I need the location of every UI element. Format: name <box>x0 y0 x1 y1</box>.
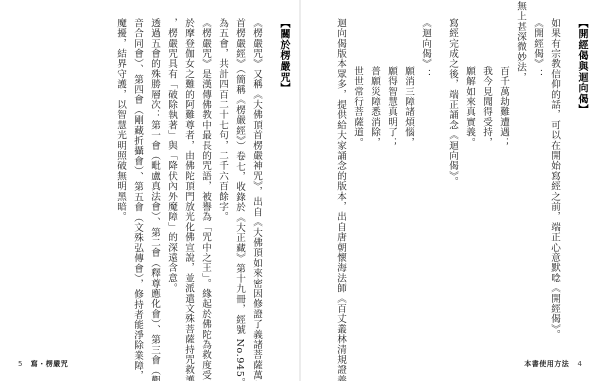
section-heading-verses: 【開經偈與迴向偈】 <box>573 18 590 348</box>
body-column-7: 透過五會的殊勝層次：第一會（毗盧真法會）、第二會（釋尊應化會）、第三會（觀 <box>146 18 163 348</box>
after-writing-paragraph: 寫經完成之後，端正誦念《迴向偈》。 <box>444 18 461 348</box>
dedication-verse-line-1: 願消三障諸煩惱， <box>400 18 417 348</box>
page-number-left: 5 <box>18 360 22 368</box>
version-note-paragraph: 迴向偈版本眾多，提供給大家誦念的版本，出自唐朝懷海法師《百丈叢林清規證義記》。 <box>332 18 349 348</box>
opening-verse-line-4: 願解如來真實義。 <box>461 18 478 348</box>
body-column-5: 於摩登伽女之難的阿難尊者，由佛陀頂門放光化佛宣說，並派遣文殊菩薩持咒救護。因此 <box>180 18 197 348</box>
dedication-verse-label: 《迴向偈》： <box>417 18 434 348</box>
body-column-1: 《楞嚴咒》又稱《大佛頂首楞嚴神咒》，出自《大佛頂如來密因修證了義諸菩薩萬行 <box>248 18 265 348</box>
book-gutter <box>299 0 301 381</box>
body-column-6: ，楞嚴咒具有「破除執著」與「降伏內外魔障」的深遠含意。 <box>163 18 180 348</box>
body-column-2: 首楞嚴經》（簡稱《楞嚴經》）卷七，收錄於《大正藏》第十九冊，經號 No.945。… <box>231 18 248 348</box>
body-column-4: 《楞嚴咒》是漢傳佛教中最長的咒語，被譽為「咒中之王」。緣起於佛陀為救度受困 <box>197 18 214 348</box>
opening-verse-label: 《開經偈》： <box>529 18 546 348</box>
dedication-verse-line-4: 世世常行菩薩道。 <box>349 18 366 348</box>
body-column-3: 為五會，共計四百二十七句，二千六百餘字。 <box>214 18 231 348</box>
right-page-text: 【開經偈與迴向偈】 如果有宗教信仰的話，可以在開始寫經之前，端正心意默唸《開經偈… <box>322 18 590 348</box>
opening-verse-line-1: 無上甚深微妙法， <box>512 1 529 348</box>
running-title-right: 本書使用方法 <box>524 360 569 368</box>
right-page: 【開經偈與迴向偈】 如果有宗教信仰的話，可以在開始寫經之前，端正心意默唸《開經偈… <box>318 18 590 348</box>
book-spread: 【開經偈與迴向偈】 如果有宗教信仰的話，可以在開始寫經之前，端正心意默唸《開經偈… <box>0 0 600 381</box>
opening-verse-line-3: 我今見聞得受持， <box>478 18 495 348</box>
right-page-footer: 本書使用方法 4 <box>524 359 588 369</box>
body-column-8: 音合同會）、第四會（剛藏折攝會）、第五會（文殊弘傳會），修持者能淨除業障，不受 <box>129 18 146 348</box>
left-page-footer: 5 寫・楞嚴咒 <box>12 359 68 369</box>
running-title-left: 寫・楞嚴咒 <box>31 360 69 368</box>
left-page: 【關於楞嚴咒】 《楞嚴咒》又稱《大佛頂首楞嚴神咒》，出自《大佛頂如來密因修證了義… <box>30 18 292 348</box>
page-number-right: 4 <box>578 360 582 368</box>
left-page-text: 【關於楞嚴咒】 《楞嚴咒》又稱《大佛頂首楞嚴神咒》，出自《大佛頂如來密因修證了義… <box>112 18 292 348</box>
opening-verse-line-2: 百千萬劫難遭遇； <box>495 18 512 348</box>
body-column-9: 魔擾，結界守護，以智慧光明照破無明黑暗。 <box>112 18 129 348</box>
intro-paragraph: 如果有宗教信仰的話，可以在開始寫經之前，端正心意默唸《開經偈》。 <box>546 18 563 348</box>
dedication-verse-line-3: 普願災障悉消除， <box>366 18 383 348</box>
dedication-verse-line-2: 願得智慧真明了； <box>383 18 400 348</box>
section-heading-shurangama: 【關於楞嚴咒】 <box>275 18 292 348</box>
